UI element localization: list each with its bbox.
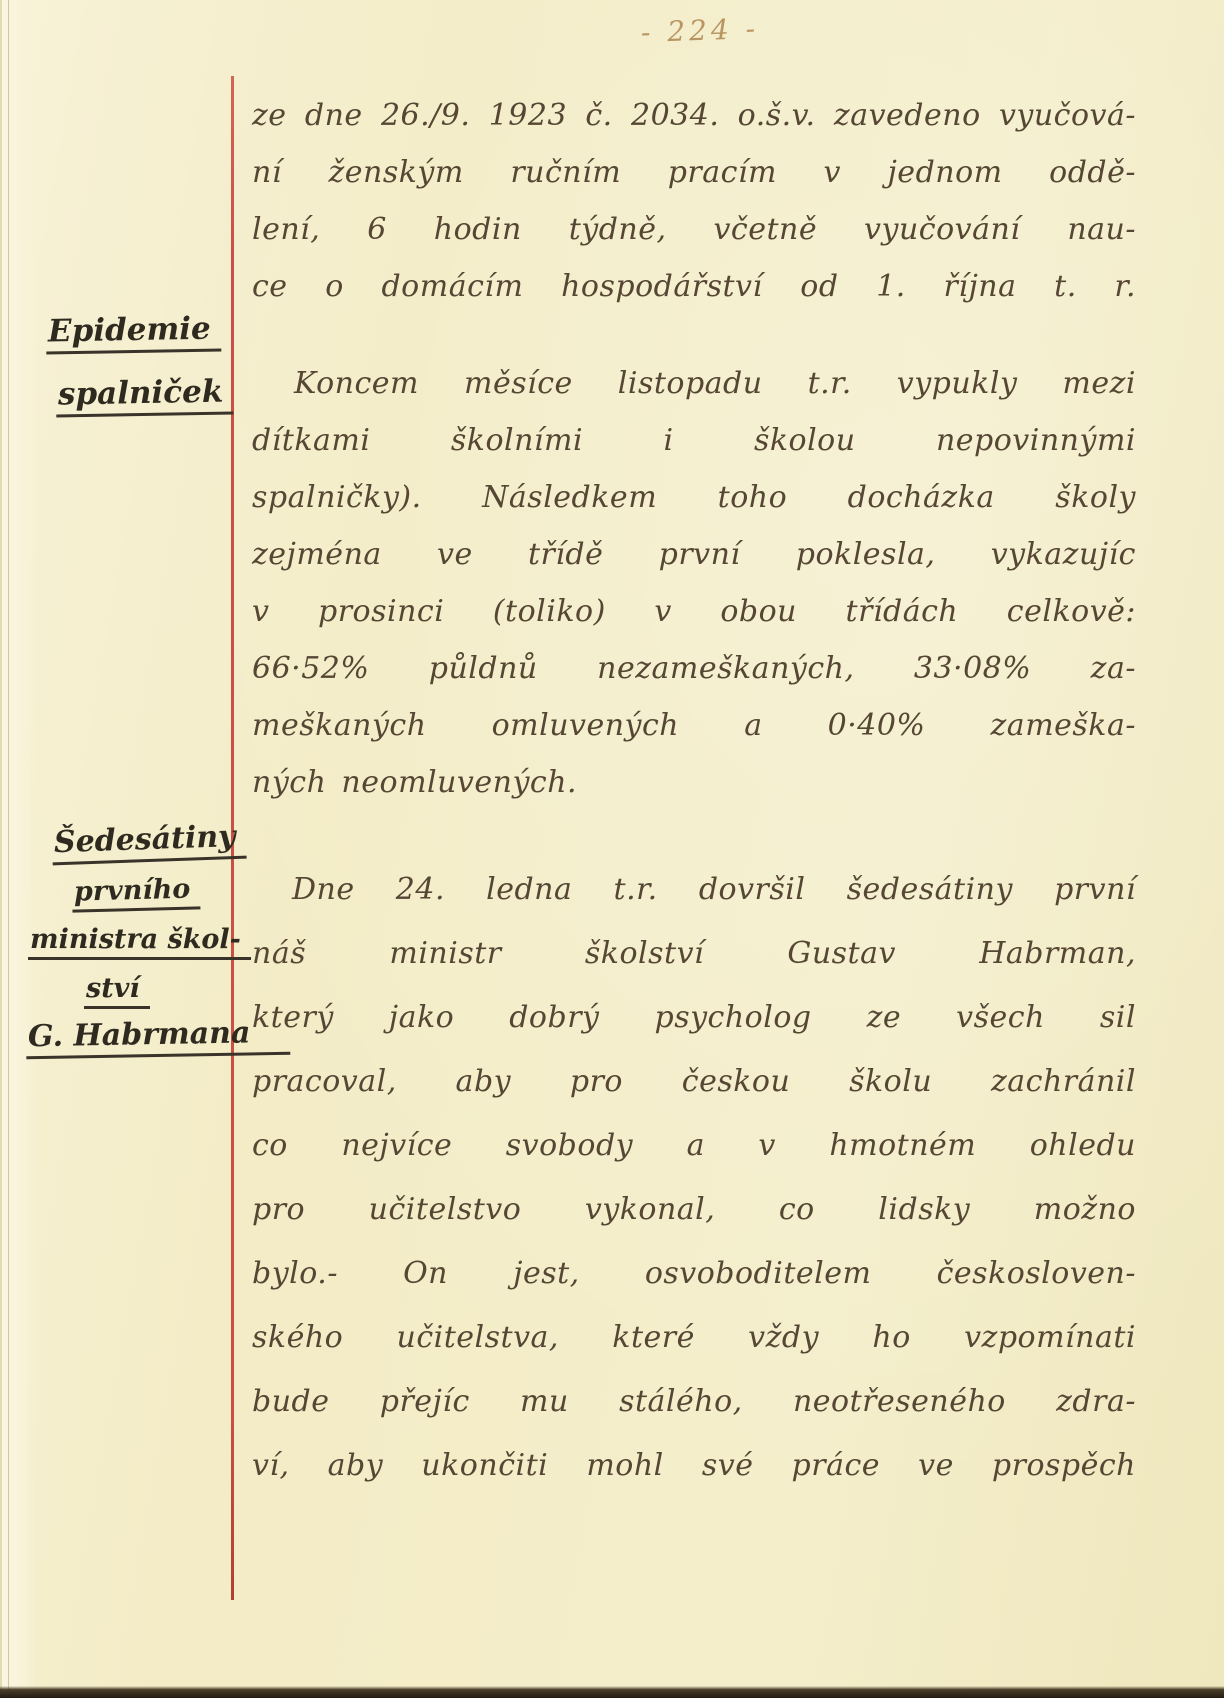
margin-note-line: Epidemie bbox=[46, 310, 221, 354]
handwritten-line: bylo.- On jest, osvoboditelem českoslove… bbox=[252, 1256, 1136, 1320]
scan-bottom-edge bbox=[0, 1686, 1224, 1698]
handwritten-line: náš ministr školství Gustav Habrman, bbox=[252, 936, 1136, 1000]
paragraph-habrman-sixtieth-birthday: Dne 24. ledna t.r. dovršil šedesátiny pr… bbox=[252, 872, 1136, 1512]
handwritten-line: ského učitelstva, které vždy ho vzpomína… bbox=[252, 1320, 1136, 1384]
margin-note-epidemie-spalnicek: Epidemie spalniček bbox=[40, 312, 233, 416]
handwritten-line: ných neomluvených. bbox=[252, 765, 1136, 822]
chronicle-page: - 224 - Epidemie spalniček Šedesátiny pr… bbox=[0, 0, 1224, 1698]
page-crease-line bbox=[8, 0, 9, 1698]
handwritten-line: ze dne 26./9. 1923 č. 2034. o.š.v. zaved… bbox=[252, 98, 1136, 155]
handwritten-line: ce o domácím hospodářství od 1. října t.… bbox=[252, 269, 1136, 326]
handwritten-line: dítkami školními i školou nepovinnými bbox=[252, 423, 1136, 480]
margin-note-line: Šedesátiny bbox=[51, 819, 246, 866]
paragraph-measles-epidemic: Koncem měsíce listopadu t.r. vypukly mez… bbox=[252, 366, 1136, 822]
handwritten-line: který jako dobrý psycholog ze všech sil bbox=[252, 1000, 1136, 1064]
handwritten-line: zejména ve třídě první poklesla, vykazuj… bbox=[252, 537, 1136, 594]
margin-note-line: prvního bbox=[72, 873, 201, 912]
handwritten-line: ví, aby ukončiti mohl své práce ve prosp… bbox=[252, 1448, 1136, 1512]
handwritten-line: v prosinci (toliko) v obou třídách celko… bbox=[252, 594, 1136, 651]
handwritten-line: spalničky). Následkem toho docházka škol… bbox=[252, 480, 1136, 537]
handwritten-line: lení, 6 hodin týdně, včetně vyučování na… bbox=[252, 212, 1136, 269]
handwritten-line: Koncem měsíce listopadu t.r. vypukly mez… bbox=[252, 366, 1136, 423]
margin-note-sedesatiny-habrmana: Šedesátiny prvního ministra škol- ství G… bbox=[26, 822, 290, 1070]
paragraph-decree-sewing-lessons: ze dne 26./9. 1923 č. 2034. o.š.v. zaved… bbox=[252, 98, 1136, 326]
page-number: - 224 - bbox=[589, 10, 810, 51]
handwritten-line: co nejvíce svobody a v hmotném ohledu bbox=[252, 1128, 1136, 1192]
margin-note-line: G. Habrmana bbox=[26, 1015, 291, 1060]
handwritten-line: meškaných omluvených a 0·40% zameška- bbox=[252, 708, 1136, 765]
margin-note-line: ství bbox=[84, 973, 150, 1009]
handwritten-line: ní ženským ručním pracím v jednom oddě- bbox=[252, 155, 1136, 212]
handwritten-line: Dne 24. ledna t.r. dovršil šedesátiny pr… bbox=[252, 872, 1136, 936]
handwritten-line: pracoval, aby pro českou školu zachránil bbox=[252, 1064, 1136, 1128]
handwritten-line: 66·52% půldnů nezameškaných, 33·08% za- bbox=[252, 651, 1136, 708]
handwritten-line: bude přejíc mu stálého, neotřeseného zdr… bbox=[252, 1384, 1136, 1448]
margin-note-line: ministra škol- bbox=[28, 924, 251, 960]
handwritten-line: pro učitelstvo vykonal, co lidsky možno bbox=[252, 1192, 1136, 1256]
margin-note-line: spalniček bbox=[56, 373, 234, 417]
